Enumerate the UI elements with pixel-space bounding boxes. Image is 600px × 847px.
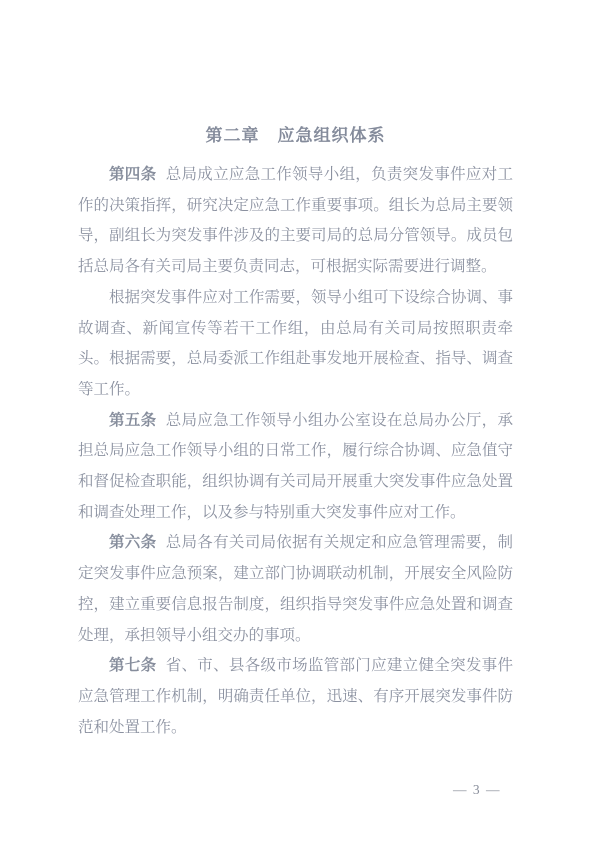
- paragraph-article-5: 第五条总局应急工作领导小组办公室设在总局办公厅，承担总局应急工作领导小组的日常工…: [78, 406, 513, 529]
- article-4b-text: 根据突发事件应对工作需要，领导小组可下设综合协调、事故调查、新闻宣传等若干工作组…: [78, 289, 513, 398]
- chapter-title: 第二章 应急组织体系: [78, 121, 513, 151]
- article-5-term: 第五条: [109, 412, 156, 429]
- paragraph-article-4: 第四条总局成立应急工作领导小组，负责突发事件应对工作的决策指挥，研究决定应急工作…: [78, 160, 513, 283]
- paragraph-article-6: 第六条总局各有关司局依据有关规定和应急管理需要，制定突发事件应急预案，建立部门协…: [78, 528, 513, 651]
- document-page: 第二章 应急组织体系 第四条总局成立应急工作领导小组，负责突发事件应对工作的决策…: [0, 0, 600, 847]
- article-4-term: 第四条: [109, 166, 156, 183]
- document-body: 第四条总局成立应急工作领导小组，负责突发事件应对工作的决策指挥，研究决定应急工作…: [78, 160, 513, 743]
- paragraph-article-4-continued: 根据突发事件应对工作需要，领导小组可下设综合协调、事故调查、新闻宣传等若干工作组…: [78, 283, 513, 406]
- page-number: — 3 —: [453, 781, 501, 799]
- article-7-term: 第七条: [109, 657, 156, 674]
- paragraph-article-7: 第七条省、市、县各级市场监管部门应建立健全突发事件应急管理工作机制，明确责任单位…: [78, 651, 513, 743]
- article-6-term: 第六条: [109, 534, 156, 551]
